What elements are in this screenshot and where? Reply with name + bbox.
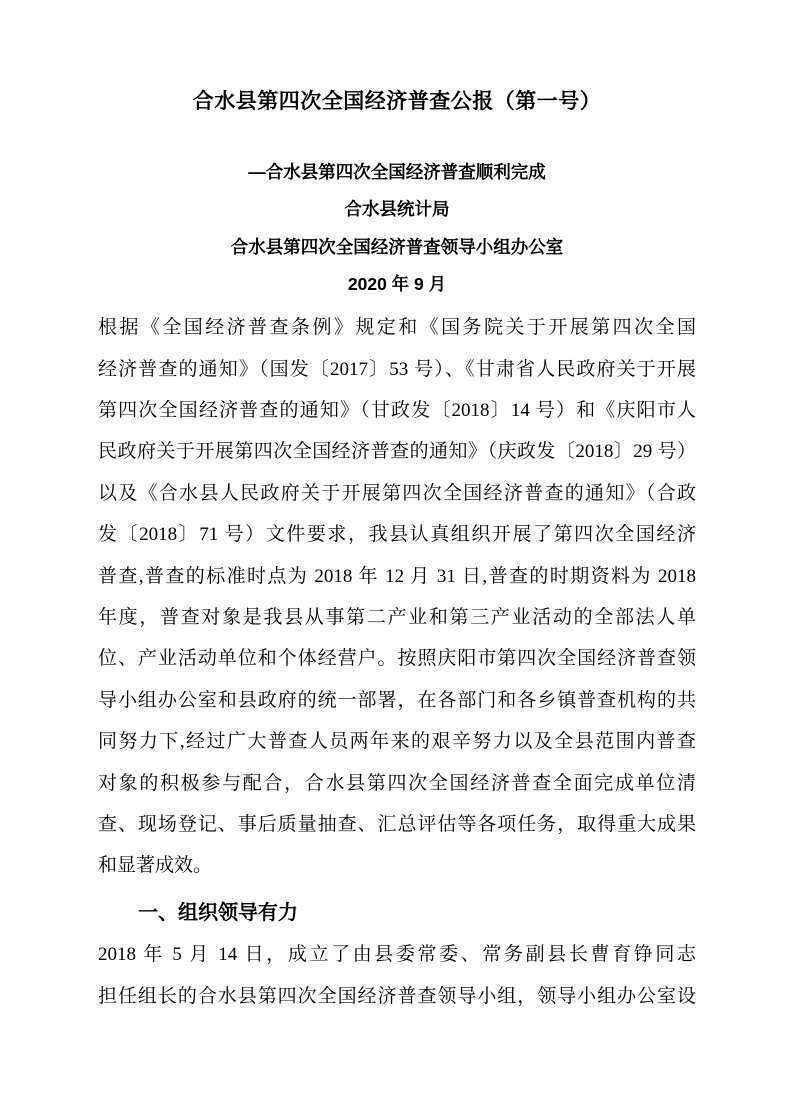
intro-paragraph: 根据《全国经济普查条例》规定和《国务院关于开展第四次全国 经济普查的通知》（国发… (98, 307, 696, 887)
section-1-heading: 一、组织领导有力 (98, 893, 696, 934)
document-byline: —合水县第四次全国经济普查顺利完成 合水县统计局 合水县第四次全国经济普查领导小… (98, 154, 696, 303)
byline-line: 2020 年 9 月 (98, 266, 696, 303)
paragraph-line: 位、产业活动单位和个体经营户。按照庆阳市第四次全国经济普查领 (98, 638, 696, 679)
byline-line: 合水县第四次全国经济普查领导小组办公室 (98, 229, 696, 266)
paragraph-line: 普查,普查的标准时点为 2018 年 12 月 31 日,普查的时期资料为 20… (98, 556, 696, 597)
paragraph-line: 导小组办公室和县政府的统一部署，在各部门和各乡镇普查机构的共 (98, 680, 696, 721)
paragraph-line: 对象的积极参与配合，合水县第四次全国经济普查全面完成单位清 (98, 763, 696, 804)
paragraph-line: 年度，普查对象是我县从事第二产业和第三产业活动的全部法人单 (98, 597, 696, 638)
paragraph-line: 2018 年 5 月 14 日，成立了由县委常委、常务副县长曹育铮同志 (98, 934, 696, 975)
paragraph-line: 和显著成效。 (98, 845, 696, 886)
paragraph-line: 以及《合水县人民政府关于开展第四次全国经济普查的通知》（合政 (98, 473, 696, 514)
byline-line: 合水县统计局 (98, 191, 696, 228)
paragraph-line: 发〔2018〕71 号）文件要求，我县认真组织开展了第四次全国经济 (98, 514, 696, 555)
paragraph-line: 同努力下,经过广大普查人员两年来的艰辛努力以及全县范围内普查 (98, 721, 696, 762)
paragraph-line: 查、现场登记、事后质量抽查、汇总评估等各项任务，取得重大成果 (98, 804, 696, 845)
paragraph-line: 担任组长的合水县第四次全国经济普查领导小组，领导小组办公室设 (98, 976, 696, 1017)
document-title: 合水县第四次全国经济普查公报（第一号） (98, 88, 696, 116)
byline-line: —合水县第四次全国经济普查顺利完成 (98, 154, 696, 191)
document-page: 合水县第四次全国经济普查公报（第一号） —合水县第四次全国经济普查顺利完成 合水… (0, 0, 794, 1108)
section-1-paragraph: 2018 年 5 月 14 日，成立了由县委常委、常务副县长曹育铮同志 担任组长… (98, 934, 696, 1017)
paragraph-line: 第四次全国经济普查的通知》（甘政发〔2018〕14 号）和《庆阳市人 (98, 390, 696, 431)
paragraph-line: 民政府关于开展第四次全国经济普查的通知》（庆政发〔2018〕29 号） (98, 431, 696, 472)
paragraph-line: 根据《全国经济普查条例》规定和《国务院关于开展第四次全国 (98, 307, 696, 348)
paragraph-line: 经济普查的通知》（国发〔2017〕53 号）、《甘肃省人民政府关于开展 (98, 349, 696, 390)
